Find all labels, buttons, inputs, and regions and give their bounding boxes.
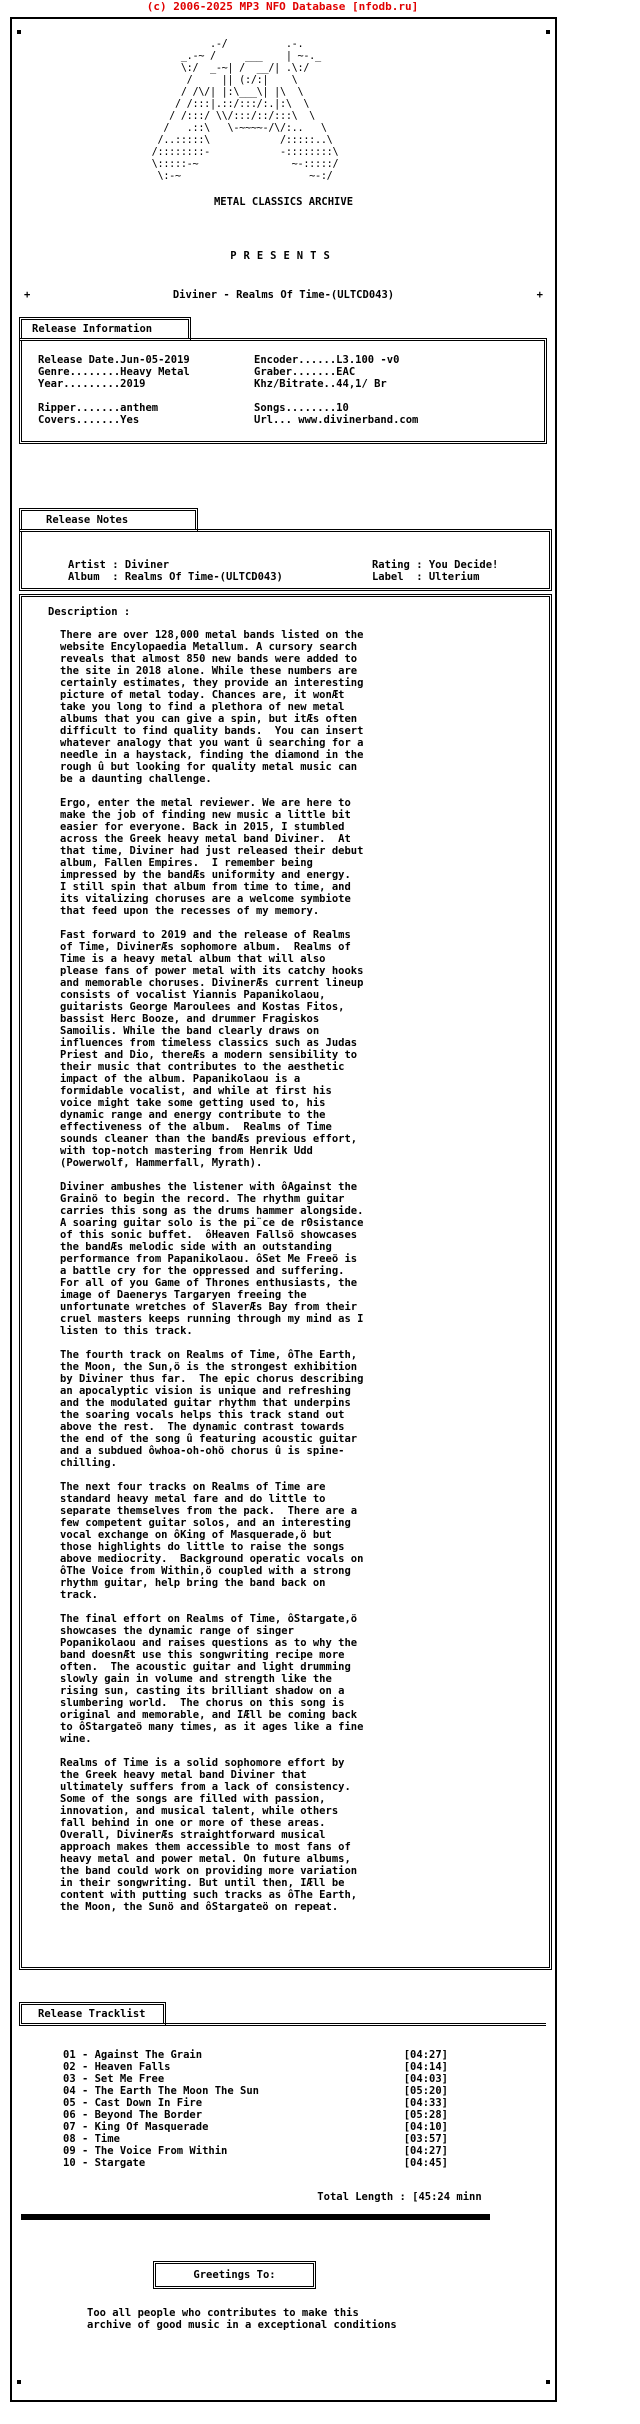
track-row: 08 - Time[03:57] xyxy=(63,2133,448,2145)
total-value: [45:24 minn xyxy=(412,2191,482,2203)
track-duration: [04:10] xyxy=(404,2121,448,2133)
track-title: 04 - The Earth The Moon The Sun xyxy=(63,2085,259,2097)
track-duration: [04:03] xyxy=(404,2073,448,2085)
track-row: 09 - The Voice From Within[04:27] xyxy=(63,2145,448,2157)
track-duration: [05:20] xyxy=(404,2085,448,2097)
release-info-left: Release Date.Jun-05-2019 Genre........He… xyxy=(38,354,190,426)
corner-marker xyxy=(17,30,21,34)
presents-heading: PRESENTS xyxy=(12,250,555,262)
greetings-title-box: Greetings To: xyxy=(153,2261,316,2289)
tab-label: Release Information xyxy=(32,323,152,335)
plus-icon: + xyxy=(537,289,543,301)
corner-marker xyxy=(17,2380,21,2384)
track-title: 02 - Heaven Falls xyxy=(63,2061,170,2073)
total-length: Total Length : [45:24 minn xyxy=(292,2179,482,2215)
track-row: 06 - Beyond The Border[05:28] xyxy=(63,2109,448,2121)
total-label: Total Length : xyxy=(317,2191,412,2203)
track-title: 01 - Against The Grain xyxy=(63,2049,202,2061)
track-duration: [04:27] xyxy=(404,2145,448,2157)
copyright-banner: (c) 2006-2025 MP3 NFO Database [nfodb.ru… xyxy=(0,0,565,13)
track-title: 05 - Cast Down In Fire xyxy=(63,2097,202,2109)
release-title: Diviner - Realms Of Time-(ULTCD043) xyxy=(12,289,555,301)
album-value: Realms Of Time-(ULTCD043) xyxy=(125,571,283,583)
track-row: 03 - Set Me Free[04:03] xyxy=(63,2073,448,2085)
nfo-frame: .-/ .-. _.-~ / ___ | ~-._ \:/ _-~| / __/… xyxy=(10,17,557,2402)
description-paragraph: Diviner ambushes the listener with ôAgai… xyxy=(60,1181,363,1337)
ascii-logo: .-/ .-. _.-~ / ___ | ~-._ \:/ _-~| / __/… xyxy=(140,39,338,183)
divider xyxy=(21,2214,490,2220)
description-paragraph: There are over 128,000 metal bands liste… xyxy=(60,629,363,785)
track-duration: [04:45] xyxy=(404,2157,448,2169)
track-duration: [05:28] xyxy=(404,2109,448,2121)
description-paragraph: Ergo, enter the metal reviewer. We are h… xyxy=(60,797,363,917)
description-paragraph: The fourth track on Realms of Time, ôThe… xyxy=(60,1349,363,1469)
track-row: 01 - Against The Grain[04:27] xyxy=(63,2049,448,2061)
label-line: Label : Ulterium xyxy=(334,559,479,595)
track-duration: [03:57] xyxy=(404,2133,448,2145)
corner-marker xyxy=(546,30,550,34)
tab-release-tracklist: Release Tracklist xyxy=(19,2002,166,2026)
track-row: 05 - Cast Down In Fire[04:33] xyxy=(63,2097,448,2109)
track-row: 10 - Stargate[04:45] xyxy=(63,2157,448,2169)
track-row: 04 - The Earth The Moon The Sun[05:20] xyxy=(63,2085,448,2097)
greetings-title: Greetings To: xyxy=(193,2269,275,2281)
track-title: 03 - Set Me Free xyxy=(63,2073,164,2085)
album-label: Album : xyxy=(68,571,125,583)
track-title: 08 - Time xyxy=(63,2133,120,2145)
release-information-box: Release Date.Jun-05-2019 Genre........He… xyxy=(19,338,547,444)
track-title: 09 - The Voice From Within xyxy=(63,2145,227,2157)
corner-marker xyxy=(546,2380,550,2384)
track-title: 10 - Stargate xyxy=(63,2157,145,2169)
description-label: Description : xyxy=(48,606,130,618)
description-paragraph: Realms of Time is a solid sophomore effo… xyxy=(60,1757,357,1913)
description-paragraph: The final effort on Realms of Time, ôSta… xyxy=(60,1613,363,1745)
tab-label: Release Notes xyxy=(46,514,128,526)
label-value: Ulterium xyxy=(429,571,480,583)
label-label: Label : xyxy=(372,571,429,583)
release-notes-header-box: Artist : Diviner Album : Realms Of Time-… xyxy=(19,529,552,591)
album-line: Album : Realms Of Time-(ULTCD043) xyxy=(30,559,283,595)
description-paragraph: The next four tracks on Realms of Time a… xyxy=(60,1481,363,1601)
track-duration: [04:14] xyxy=(404,2061,448,2073)
tracklist-rule xyxy=(162,2023,546,2027)
track-row: 07 - King Of Masquerade[04:10] xyxy=(63,2121,448,2133)
track-duration: [04:27] xyxy=(404,2049,448,2061)
track-title: 06 - Beyond The Border xyxy=(63,2109,202,2121)
logo-caption: METAL CLASSICS ARCHIVE xyxy=(12,196,555,208)
description-paragraph: Fast forward to 2019 and the release of … xyxy=(60,929,363,1169)
track-row: 02 - Heaven Falls[04:14] xyxy=(63,2061,448,2073)
track-duration: [04:33] xyxy=(404,2097,448,2109)
greetings-text: Too all people who contributes to make t… xyxy=(87,2307,397,2331)
release-info-right: Encoder......L3.100 -v0 Graber.......EAC… xyxy=(254,354,418,426)
track-title: 07 - King Of Masquerade xyxy=(63,2121,208,2133)
tab-label: Release Tracklist xyxy=(38,2008,145,2020)
